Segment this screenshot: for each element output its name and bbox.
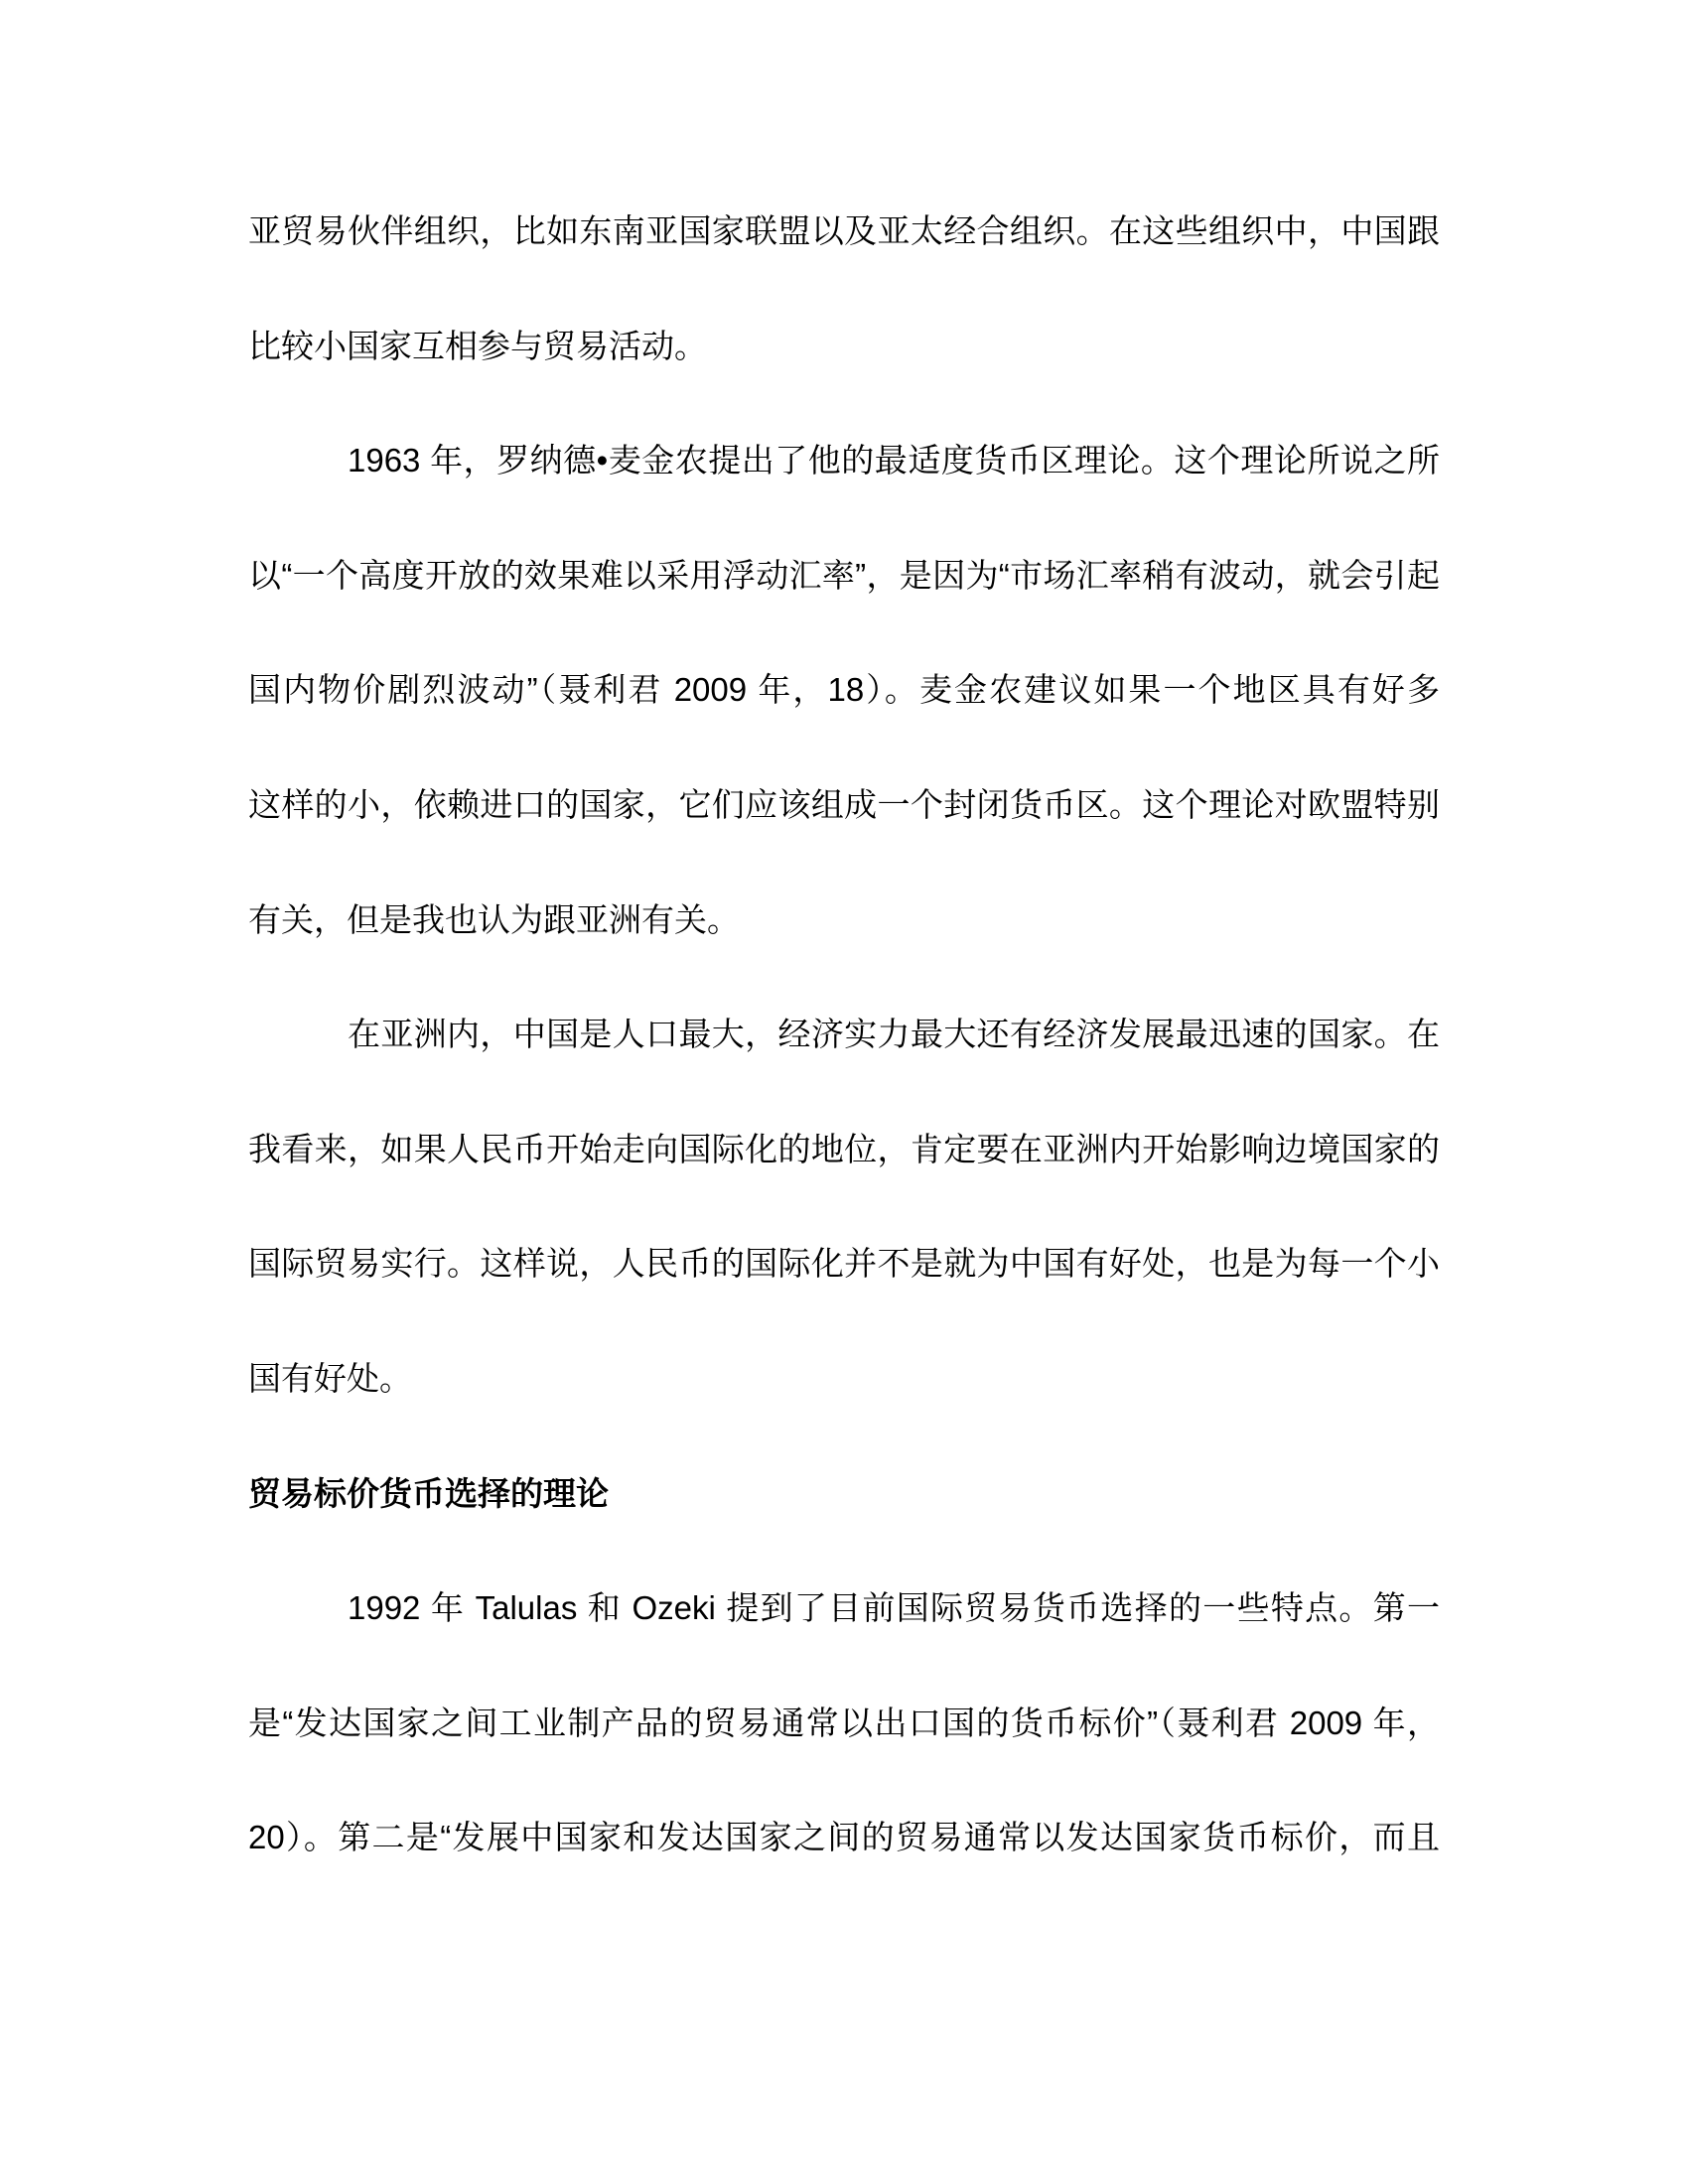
text-line: 亚贸易伙伴组织，比如东南亚国家联盟以及亚太经合组织。在这些组织中，中国跟: [248, 174, 1440, 289]
text-column: 亚贸易伙伴组织，比如东南亚国家联盟以及亚太经合组织。在这些组织中，中国跟 比较小…: [248, 174, 1440, 1895]
text-line: 比较小国家互相参与贸易活动。: [248, 289, 1440, 404]
text-line: 有关，但是我也认为跟亚洲有关。: [248, 863, 1440, 978]
text-line: 我看来，如果人民币开始走向国际化的地位，肯定要在亚洲内开始影响边境国家的: [248, 1092, 1440, 1207]
section-heading: 贸易标价货币选择的理论: [248, 1436, 1440, 1552]
text-line: 这样的小，依赖进口的国家，它们应该组成一个封闭货币区。这个理论对欧盟特别: [248, 748, 1440, 863]
text-line: 以“一个高度开放的效果难以采用浮动汇率”，是因为“市场汇率稍有波动，就会引起: [248, 518, 1440, 633]
text-line: 国内物价剧烈波动”（聂利君 2009 年，18）。麦金农建议如果一个地区具有好多: [248, 632, 1440, 748]
text-line: 1992 年 Talulas 和 Ozeki 提到了目前国际贸易货币选择的一些特…: [248, 1551, 1440, 1666]
text-line: 在亚洲内，中国是人口最大，经济实力最大还有经济发展最迅速的国家。在: [248, 977, 1440, 1092]
document-page: 亚贸易伙伴组织，比如东南亚国家联盟以及亚太经合组织。在这些组织中，中国跟 比较小…: [0, 0, 1688, 2184]
text-line: 是“发达国家之间工业制产品的贸易通常以出口国的货币标价”（聂利君 2009 年，: [248, 1666, 1440, 1781]
text-line: 1963 年，罗纳德•麦金农提出了他的最适度货币区理论。这个理论所说之所: [248, 403, 1440, 518]
text-line: 国有好处。: [248, 1321, 1440, 1436]
text-line: 国际贸易实行。这样说，人民币的国际化并不是就为中国有好处，也是为每一个小: [248, 1206, 1440, 1321]
text-line: 20）。第二是“发展中国家和发达国家之间的贸易通常以发达国家货币标价，而且: [248, 1780, 1440, 1895]
